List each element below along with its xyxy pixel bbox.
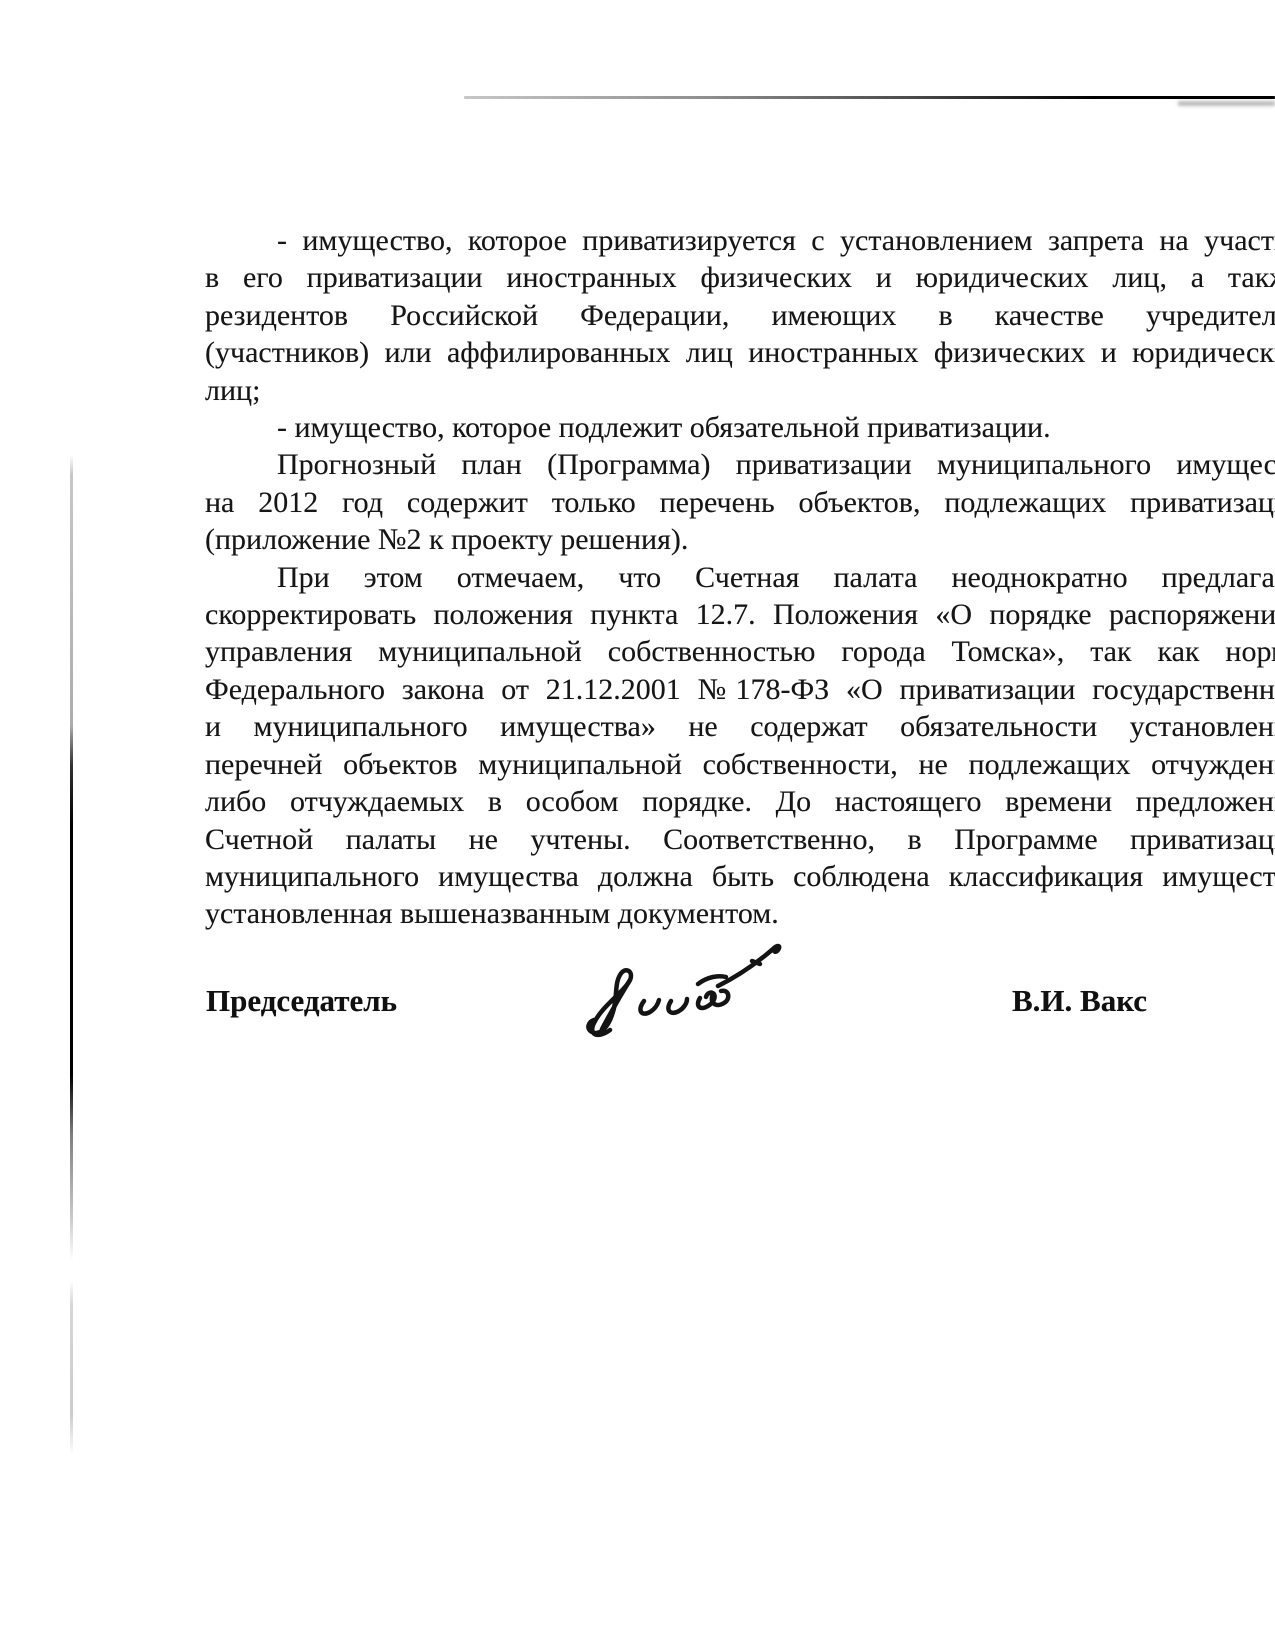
text-line: резидентов Российской Федерации, имеющих…: [205, 297, 1275, 334]
scan-artifact-top-line: [464, 96, 1275, 99]
scan-artifact-smudge: [1178, 101, 1275, 106]
text-line: - имущество, которое приватизируется с у…: [205, 222, 1275, 259]
text-line: При этом отмечаем, что Счетная палата не…: [205, 559, 1275, 596]
text-line: в его приватизации иностранных физически…: [205, 259, 1275, 296]
text-line: лиц;: [205, 372, 1275, 409]
text-line: скорректировать положения пункта 12.7. П…: [205, 596, 1275, 633]
text-line: (участников) или аффилированных лиц инос…: [205, 334, 1275, 371]
text-line: Прогнозный план (Программа) приватизации…: [205, 446, 1275, 483]
scan-artifact-left-streak: [70, 455, 73, 1455]
text-line: (приложение №2 к проекту решения).: [205, 521, 1275, 558]
text-line: Федерального закона от 21.12.2001 №178-Ф…: [205, 671, 1275, 708]
text-line: на 2012 год содержит только перечень объ…: [205, 484, 1275, 521]
text-line: управления муниципальной собственностью …: [205, 633, 1275, 670]
text-line: установленная вышеназванным документом.: [205, 895, 1275, 932]
text-line: либо отчуждаемых в особом порядке. До на…: [205, 783, 1275, 820]
handwritten-signature-icon: [548, 936, 798, 1048]
document-body: - имущество, которое приватизируется с у…: [205, 222, 1275, 933]
scanned-document-page: - имущество, которое приватизируется с у…: [0, 0, 1275, 1650]
text-line: перечней объектов муниципальной собствен…: [205, 746, 1275, 783]
text-line: муниципального имущества должна быть соб…: [205, 858, 1275, 895]
text-line: - имущество, которое подлежит обязательн…: [205, 409, 1275, 446]
signer-name: В.И. Вакс: [1012, 983, 1147, 1019]
text-line: и муниципального имущества» не содержат …: [205, 708, 1275, 745]
text-line: Счетной палаты не учтены. Соответственно…: [205, 821, 1275, 858]
signer-title: Председатель: [206, 983, 397, 1019]
